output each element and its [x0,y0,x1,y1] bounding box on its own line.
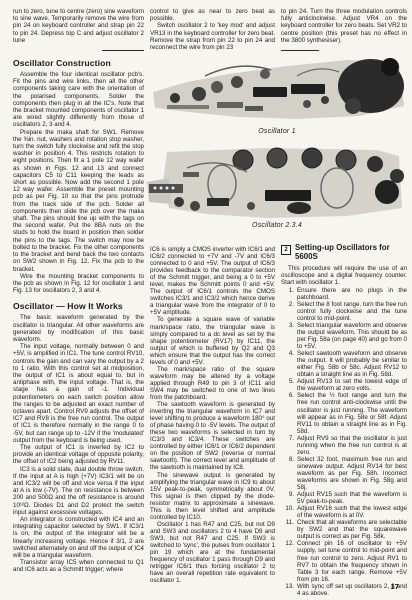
page-number: 17 [391,582,399,591]
section-divider [102,50,144,51]
oscillator-1-photo [147,54,407,126]
step-text: Adjust RV16 such that the lowest edge of… [297,505,407,519]
step-number: 10. [281,505,297,519]
step-item: 10.Adjust RV16 such that the lowest edge… [281,505,407,519]
step-number: 7. [281,435,297,456]
step-item: 2.Select the 8 foot range, turn the free… [281,301,407,322]
setup-steps-list: 1.Ensure there are no plugs in the patch… [281,287,407,597]
left-column: run to zero, tune to centre (zero) sine … [13,8,144,574]
paragraph: Prepare the maka shaft for SW1. Remove t… [13,129,144,273]
section-heading-setting-up: 2 Setting-up Oscillators for 5600S [281,244,407,262]
paragraph: An integrator is constructed with IC4 an… [13,516,144,559]
step-item: 9.Adjust RV15 such that the waveform is … [281,491,407,505]
paragraph: Wire the mounting bracket components to … [13,273,144,295]
step-number: 6. [281,392,297,434]
paragraph: The sinewave output is generated by ampl… [150,472,275,521]
heading-oscillator-construction: Oscillator Construction [13,58,144,68]
step-number: 9. [281,491,297,505]
paragraph: Transistor array IC5 when connected to Q… [13,559,144,573]
step-text: Adjust RV13 to set the lowest edge of th… [297,378,407,392]
right-column-body: 2 Setting-up Oscillators for 5600S This … [281,242,407,597]
middle-continuation-text: control to give as near to zero beat as … [150,8,275,22]
photo-caption: Oscillator 1 [147,128,407,135]
paragraph: The sawtooth waveform is generated by in… [150,401,275,471]
step-text: Select triangular waveform and observe t… [297,322,407,350]
step-text: Ensure there are no plugs in the patchbo… [297,287,407,301]
right-column-top: to pin 24. Turn the three modulation con… [281,8,407,51]
paragraph: The input voltage, normally between 0 an… [13,343,144,444]
step-number: 2. [281,301,297,322]
paragraph: IC3 is a solid state, dual double throw … [13,466,144,516]
paragraph: IC6 is simply a CMOS inverter with IC6/1… [150,246,275,316]
step-number: 5. [281,378,297,392]
section-number-box: 2 [281,245,291,255]
paragraph: The output of IC1 is inverted by IC2 to … [13,444,144,466]
step-item: 13.With sync off set up oscillators 2, 3… [281,583,407,597]
section-intro: This procedure will require the use of a… [281,265,407,286]
heading-oscillator-how-it-works: Oscillator — How It Works [13,301,144,311]
step-item: 4.Select sawtooth waveform and observe t… [281,350,407,378]
section-title: Setting-up Oscillators for 5600S [295,244,407,262]
step-number: 1. [281,287,297,301]
oscillator-2-3-4-photo [147,142,407,220]
step-text: Select 32 foot, maximum free run and sin… [297,456,407,491]
step-item: 7.Adjust RV9 so that the oscillator is j… [281,435,407,456]
step-item: 5.Adjust RV13 to set the lowest edge of … [281,378,407,392]
middle-column-top: control to give as near to zero beat as … [150,8,275,51]
section-divider [281,50,319,51]
step-item: 3.Select triangular waveform and observe… [281,322,407,350]
paragraph: Switch oscillator 2 to 'key mod' and adj… [150,22,275,51]
step-number: 3. [281,322,297,350]
step-number: 11. [281,519,297,540]
step-text: Connect pin 16 of oscillator to +5V supp… [297,540,407,582]
step-text: Select the ½ foot range and turn the fre… [297,392,407,434]
step-item: 1.Ensure there are no plugs in the patch… [281,287,407,301]
step-item: 11.Check that all waveforms are selectab… [281,519,407,540]
step-item: 12.Connect pin 16 of oscillator to +5V s… [281,540,407,582]
photo-caption: Oscillator 2.3.4 [147,222,407,229]
step-text: Adjust RV15 such that the waveform is 5V… [297,491,407,505]
middle-column-body: IC6 is simply a CMOS inverter with IC6/1… [150,246,275,584]
paragraph: The mark/space ratio of the square wavef… [150,366,275,401]
paragraph: The basic waveform generated by the osci… [13,314,144,343]
right-continuation-text: to pin 24. Turn the three modulation con… [281,8,407,44]
photo-block: Oscillator 1 Oscillator 2.3 [147,54,407,229]
step-text: Check that all waveforms are selectable … [297,519,407,540]
step-number: 8. [281,456,297,491]
step-item: 8.Select 32 foot, maximum free run and s… [281,456,407,491]
paragraph: Oscillator 1 has R47 and C25, but not D9… [150,521,275,584]
step-text: Select the 8 foot range, turn the free r… [297,301,407,322]
paragraph: To generate a square wave of variable ma… [150,316,275,365]
step-text: Select sawtooth waveform and observe the… [297,350,407,378]
step-number: 4. [281,350,297,378]
manual-page: run to zero, tune to centre (zero) sine … [0,0,412,600]
step-item: 6.Select the ½ foot range and turn the f… [281,392,407,434]
step-number: 12. [281,540,297,582]
left-continuation-text: run to zero, tune to centre (zero) sine … [13,8,144,44]
step-text: Adjust RV9 so that the oscillator is jus… [297,435,407,456]
step-number: 13. [281,583,297,597]
paragraph: Assemble the four identical oscillator p… [13,71,144,129]
